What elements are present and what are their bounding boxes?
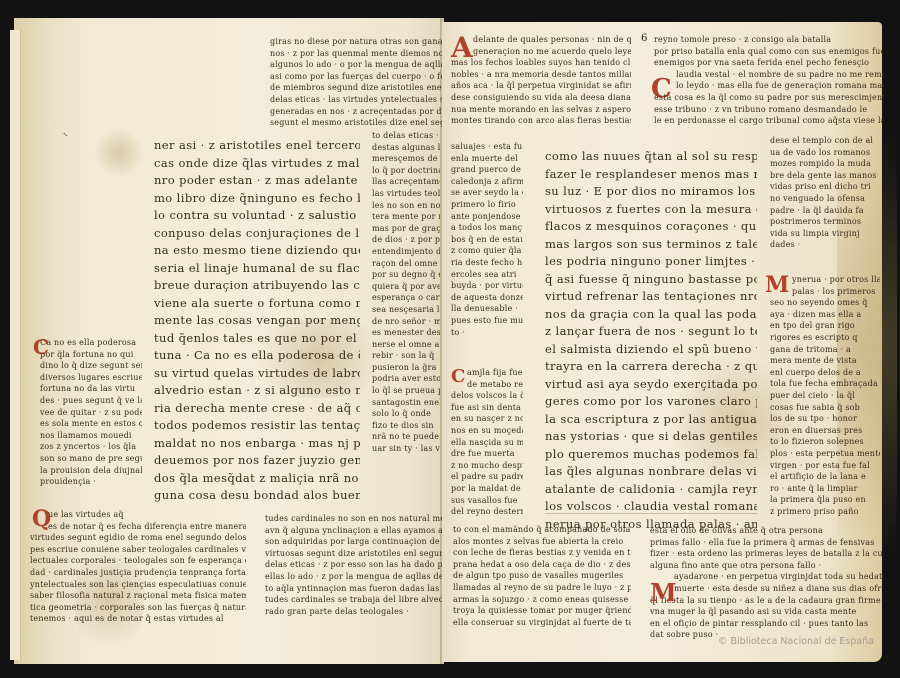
text-line: de metabo rey: [451, 379, 523, 391]
text-line: to delas eticas · z p: [372, 130, 440, 142]
text-line: bos q̃ en de estaua: [451, 234, 523, 246]
text-line: las virtudes teolo: [372, 188, 440, 200]
right-bottom-left-column: to con el mamãndo q̃ acompañado de sola …: [453, 524, 631, 628]
text-line: des · pues segunt q̃ ve las: [40, 395, 142, 407]
text-line: uar sin ty · las v: [372, 443, 440, 455]
text-line: pes escriue conuiene saber teologales ca…: [30, 544, 246, 556]
text-line: maldat no nos enbarga · mas nj por esso …: [154, 435, 360, 453]
text-line: algunos lo ado · o por la mengua de aqll…: [270, 59, 442, 71]
text-line: flacos z mesquinos coraçones · que muy: [545, 218, 757, 236]
text-line: le en perdonasse el cargo tribunal como …: [654, 115, 884, 127]
left-main-column: ner asi · z aristotiles enel tercero del…: [154, 137, 360, 505]
left-page-edge: [10, 30, 21, 660]
text-line: alvedrio estan · z si alguno esto negass…: [154, 382, 360, 400]
text-line: alguna fino ante que otra persona fallo …: [650, 560, 882, 572]
text-line: ellas lo ado · z por la mengua de aqllas…: [265, 571, 442, 583]
text-line: sea nesçesaria la g: [372, 304, 440, 316]
text-line: nerse el omne ala: [372, 339, 440, 351]
right-minerva-column: ynerua · por otros llam palas · los prim…: [770, 274, 880, 517]
text-line: por la maldat de: [451, 483, 523, 495]
text-line: ayadarone · en perpetua virginjdat toda …: [650, 571, 882, 583]
text-line: z como quier q̃la glo: [451, 245, 523, 257]
text-line: enla muerte del: [451, 153, 523, 165]
text-line: nrã no te puede: [372, 431, 440, 443]
text-line: seria el linaje humanal de su flaca heda…: [154, 260, 360, 278]
text-line: mas los fechos loables suyos han tenido …: [451, 57, 631, 69]
text-line: con leche de fieras bestias z y venida e…: [453, 547, 631, 559]
text-line: tud q̃enlos tales es que no por el poder…: [154, 330, 360, 348]
text-line: na esto mesmo tiene diziendo que sin raz…: [154, 242, 360, 260]
text-line: reyno tomole preso · z consigo ala batal…: [654, 34, 884, 46]
text-line: en el ofiçio de pintar ressplando cil · …: [650, 618, 882, 630]
text-line: alos montes z selvas fue abierta la crei…: [453, 536, 631, 548]
text-line: seo no seyendo omes q̃: [770, 297, 880, 309]
text-line: nua mente morando en las selvas z aspero…: [451, 104, 631, 116]
text-line: nos da graçia con la qual las podamos ve…: [545, 306, 757, 324]
text-line: esse tribuno · z vn tribuno romano desma…: [654, 104, 884, 116]
text-line: generaçion no me acuerdo quelo leyese: [451, 46, 631, 58]
text-line: prouidençia ·: [40, 476, 142, 488]
left-bottom-right-column: tudes cardinales no son en nos natural m…: [265, 513, 442, 617]
text-line: ercoles sea atri: [451, 269, 523, 281]
left-bottom-left-column: ue las virtudes aq̃ es de notar q̃ es fe…: [30, 509, 246, 625]
text-line: diversos lugares escriue ·: [40, 372, 142, 384]
text-line: fizer · esta ordeno las primeras leyes d…: [650, 548, 882, 560]
text-line: q̃ asi fuesse q̃ ninguno bastasse por so…: [545, 271, 757, 289]
text-line: to aq̃la yntinnaçion mas fueron dadas la…: [265, 583, 442, 595]
text-line: de miembros segund dize aristotiles enel…: [270, 82, 442, 94]
text-line: deuemos por nos fazer juyzio general de …: [154, 452, 360, 470]
text-line: ella nasçida su ma: [451, 437, 523, 449]
text-line: Ca no es ella poderosa: [40, 337, 142, 349]
text-line: z lançar fuera de nos · segunt lo testig…: [545, 323, 757, 341]
text-line: nro poder estan · z mas adelante eneste …: [154, 172, 360, 190]
text-line: gana de tritoma · a: [770, 344, 880, 356]
text-line: puer del cielo · la q̃l: [770, 390, 880, 402]
text-line: virtudes segunt egidio de roma enel segu…: [30, 532, 246, 544]
text-line: rebir · son la q̃: [372, 350, 440, 362]
text-line: virtuosos z fuertes con la mesura de nro…: [545, 201, 757, 219]
text-line: las q̃les algunas nonbrare delas virgine…: [545, 463, 757, 481]
text-line: fazer le resplandeser menos mas no le q̃…: [545, 166, 757, 184]
text-line: por su degno q̃ en: [372, 269, 440, 281]
text-line: troya la quisiesse tomar por muger q̃rie…: [453, 605, 631, 617]
text-line: llas acreçentamos: [372, 176, 440, 188]
text-line: breue duraçion atribuyendo las cosas que: [154, 277, 360, 295]
text-line: cosas fue sabia q̃ sob: [770, 402, 880, 414]
text-line: la sca escriptura z por las antiguas z m…: [545, 411, 757, 429]
right-left-narrow-column: saluajes · esta fue enla muerte del gran…: [451, 141, 523, 338]
text-line: no venguado la ofensa: [770, 193, 880, 205]
text-line: nos en su moçedat q̃e: [451, 425, 523, 437]
text-line: son so mano de pre segus: [40, 453, 142, 465]
text-line: es menester desp: [372, 327, 440, 339]
text-line: delante de quales personas · nin de que: [451, 34, 631, 46]
text-line: tica geometria · corporales son las fuer…: [30, 602, 246, 614]
text-line: cas onde dize q̃las virtudes z maliçias …: [154, 155, 360, 173]
text-line: viene ala suerte o fortuna como mas prop…: [154, 295, 360, 313]
left-narrow-column: to delas eticas · z p destas algunas le …: [372, 130, 440, 455]
text-line: su virtud quelas virtudes de labro del l…: [154, 365, 360, 383]
text-line: virgen · por esta fue fal: [770, 460, 880, 472]
text-line: dino lo q̃ dize segunt seneca en: [40, 360, 142, 372]
right-center-column: como las nuues q̃tan al sol su resplando…: [545, 148, 757, 533]
text-line: ue las virtudes aq̃: [30, 509, 246, 521]
text-line: el padre su padre: [451, 471, 523, 483]
text-line: esta cosa es la q̃l como su padre por su…: [654, 92, 884, 104]
text-line: lla denuesable ·: [451, 303, 523, 315]
text-line: ynerua · por otros llam: [770, 274, 880, 286]
text-line: de dios · z por pre: [372, 234, 440, 246]
text-line: todos podemos resistir las tentaçiones s…: [154, 417, 360, 435]
right-bottom-right-column: esta el olio de olivas ante q̃ otra pers…: [650, 525, 882, 641]
right-top-left-column: delante de quales personas · nin de que …: [451, 34, 631, 127]
ruling-line: [545, 513, 757, 514]
text-line: esta el olio de olivas ante q̃ otra pers…: [650, 525, 882, 537]
text-line: santagostin enel: [372, 397, 440, 409]
water-stain: [94, 128, 144, 178]
text-line: vidas priso enl dicho tri: [770, 181, 880, 193]
text-line: mas por de graç: [372, 223, 440, 235]
text-line: to con el mamãndo q̃ acompañado de sola …: [453, 524, 631, 536]
left-top-right-column: giras no diese por natura otras son gana…: [270, 36, 442, 129]
text-line: trayra en la carrera derecha · z que aqu…: [545, 358, 757, 376]
text-line: destas algunas le: [372, 142, 440, 154]
text-line: los de su tpo · honor: [770, 413, 880, 425]
text-line: fortuna no da las virtu: [40, 383, 142, 395]
text-line: fue asi sin denta: [451, 402, 523, 414]
text-line: eron en diuersas pres: [770, 425, 880, 437]
text-line: yntelectuales son las çiençias especulat…: [30, 579, 246, 591]
text-line: geres como por los varones claro paresçe…: [545, 393, 757, 411]
text-line: generadas en nos · z acreçentadas por do…: [270, 106, 442, 118]
text-line: nas ystorias · que si delas gentiles en …: [545, 428, 757, 446]
text-line: delos volscos la q̃l: [451, 390, 523, 402]
text-line: virtuosas segunt dize aristotiles enl se…: [265, 548, 442, 560]
text-line: del reyno desterrado: [451, 506, 523, 518]
text-line: quiera q̃ por aver f: [372, 281, 440, 293]
text-line: su luz · E por dios no miramos los animo…: [545, 183, 757, 201]
text-line: plos · esta perpetua mente: [770, 448, 880, 460]
text-line: es sola mente en estos que: [40, 418, 142, 430]
text-line: primero lo firio: [451, 199, 523, 211]
text-line: solo lo q̃ onde: [372, 408, 440, 420]
text-line: la prouision dela diujnal: [40, 465, 142, 477]
text-line: son adquiridas por larga continuaçion de…: [265, 536, 442, 548]
text-line: de nro señor · m: [372, 316, 440, 328]
text-line: dese el templo con de al: [770, 135, 880, 147]
text-line: ria derecha mente crese · de aq̃ concluy…: [154, 400, 360, 418]
text-line: postrimeros terminos: [770, 216, 880, 228]
copyright-watermark: © Biblioteca Nacional de España: [718, 636, 874, 647]
text-line: guna cosa desu bondad alos buenos tan po…: [154, 487, 360, 505]
text-line: palas · los primeros: [770, 286, 880, 298]
text-line: raçon del omne: [372, 258, 440, 270]
text-line: atalante de calidonia · camjla reyna de: [545, 481, 757, 499]
text-line: ua de vado los romanos: [770, 147, 880, 159]
text-line: z primero priso paño: [770, 506, 880, 518]
text-line: lo contra su voluntad · z salustio enl l…: [154, 207, 360, 225]
text-line: buyda · por virtud: [451, 280, 523, 292]
text-line: bre dela gente las manos: [770, 170, 880, 182]
text-line: to ·: [451, 327, 523, 339]
text-line: tuna · Ca no es ella poderosa de q̃tar n…: [154, 347, 360, 365]
text-line: avn q̃ alguna ynclinaçion a ellas ayamos…: [265, 525, 442, 537]
text-line: nos · z por las quenmal mente diemos no …: [270, 48, 442, 60]
text-line: llamadas al reyno de su padre le luyo · …: [453, 582, 631, 594]
text-line: delas eticas · z por esso son las ha dad…: [265, 559, 442, 571]
right-top-right-column: reyno tomole preso · z consigo ala batal…: [654, 34, 884, 127]
text-line: muerte · esta desde su niñez a diana sus…: [650, 583, 882, 595]
text-line: por q̃la fortuna no qui: [40, 349, 142, 361]
text-line: lo leydo · mas ella fue de generaçion ro…: [654, 80, 884, 92]
text-line: tera mente por nat: [372, 211, 440, 223]
text-line: a todos los manç: [451, 222, 523, 234]
text-line: el artifiçio de la lana e: [770, 471, 880, 483]
text-line: delas eticas · las virtudes yntelectuale…: [270, 94, 442, 106]
rubric-initial-m: M: [650, 578, 677, 607]
text-line: ria deste fecho ha: [451, 257, 523, 269]
text-line: es de notar q̃ es fecha diferençia entre…: [30, 521, 246, 533]
text-line: dos q̃la mesq̃dat z maliçia nrã no quita…: [154, 470, 360, 488]
text-line: rado gran parte delas teologales ·: [265, 606, 442, 618]
text-line: ner asi · z aristotiles enel tercero del…: [154, 137, 360, 155]
text-line: el salmista diziendo el spũ bueno tuyo m…: [545, 341, 757, 359]
text-line: z no mucho despues: [451, 460, 523, 472]
text-line: virtud asi aya seydo exerçitada por las …: [545, 376, 757, 394]
text-line: tudes cardinales se trabaja del libre al…: [265, 594, 442, 606]
text-line: enl cuerpo delos de a: [770, 367, 880, 379]
text-line: entendimjento d: [372, 246, 440, 258]
text-line: les no son en nos: [372, 200, 440, 212]
text-line: aya · dizen mas ella a: [770, 309, 880, 321]
text-line: mo libro dize q̃ninguno es fecho bueno o…: [154, 190, 360, 208]
text-line: plo queremos muchas podemos fallar de: [545, 446, 757, 464]
text-line: conpuso delas conjuraçiones de lugo cate…: [154, 225, 360, 243]
text-line: ro · ante q̃ la limpiar: [770, 483, 880, 495]
text-line: meresçemos de pr: [372, 153, 440, 165]
text-line: fizo te dios sin: [372, 420, 440, 432]
text-line: tudes cardinales no son en nos natural m…: [265, 513, 442, 525]
text-line: ante ponjendose: [451, 211, 523, 223]
text-line: asi como por las fuerças del cuerpo · o …: [270, 71, 442, 83]
text-line: mera mente de vista: [770, 355, 880, 367]
text-line: prana hedat a oso dela caça de dio · z d…: [453, 559, 631, 571]
left-margin-column: Ca no es ella poderosa por q̃la fortuna …: [30, 337, 142, 488]
text-line: sus vasallos fue: [451, 495, 523, 507]
text-line: ella conseruar su virginjdat al fuerte d…: [453, 617, 631, 629]
text-line: primas fallo · ella fue la primera q̃ ar…: [650, 537, 882, 549]
text-line: lectuales corporales · teologales son fe…: [30, 555, 246, 567]
text-line: se aver seydo la q̃: [451, 187, 523, 199]
text-line: zos z yncertos · los q̃la: [40, 441, 142, 453]
text-line: grand puerco de: [451, 164, 523, 176]
text-line: pusieron la g̃ra: [372, 362, 440, 374]
text-line: años aca · la q̃l perpetua virginidat se…: [451, 80, 631, 92]
text-line: esperança o carida: [372, 292, 440, 304]
text-line: dese consiguiendo su vida ala deesa dian…: [451, 92, 631, 104]
text-line: dades ·: [770, 239, 880, 251]
text-line: enemigos por vna saeta ferida enel pecho…: [654, 57, 884, 69]
text-line: virtud refrenar las tentaçiones nro seño…: [545, 288, 757, 306]
text-line: tola fue fecha embraçada: [770, 378, 880, 390]
text-line: to lo fizieron solepnes: [770, 436, 880, 448]
text-line: lo q̃ por doctrina en: [372, 165, 440, 177]
text-line: de algun tpo puso de vasalles mugeriles: [453, 570, 631, 582]
text-line: rigores es escripto q: [770, 332, 880, 344]
text-line: nos llamamos mouedi: [40, 430, 142, 442]
text-line: vida su limpia virginj: [770, 228, 880, 240]
text-line: amjla fija fue: [451, 367, 523, 379]
text-line: en su nasçer z no ne: [451, 413, 523, 425]
text-line: caledonja z afirm: [451, 176, 523, 188]
text-line: nobles · a nra memoria desde tantos mill…: [451, 69, 631, 81]
text-line: armas la sojuzgo · z como eneas quisesse…: [453, 594, 631, 606]
text-line: podria aver esto: [372, 373, 440, 385]
text-line: mozes rompido la muda: [770, 158, 880, 170]
text-line: en tpo del gran rigo: [770, 320, 880, 332]
text-line: mas largos son sus terminos z tales q̃ n…: [545, 236, 757, 254]
text-line: tenemos · aqui es de notar q̃ estas virt…: [30, 613, 246, 625]
text-line: vee de quitar · z su poder: [40, 407, 142, 419]
text-line: segunt el mesmo aristotiles dize enel se…: [270, 117, 442, 129]
text-line: de aquesta donze: [451, 292, 523, 304]
text-line: mente las cosas vengan por mengua de vir: [154, 312, 360, 330]
text-line: giras no diese por natura otras son gana…: [270, 36, 442, 48]
text-line: lo q̃l se prueua p: [372, 385, 440, 397]
text-line: dre fue muerta: [451, 448, 523, 460]
text-line: pues esto fue muer: [451, 315, 523, 327]
text-line: montes tirando con arco alas fieras best…: [451, 115, 631, 127]
text-line: les podria ninguno poner limjtes · z pue…: [545, 253, 757, 271]
right-camilla-column: amjla fija fue de metabo rey delos volsc…: [451, 367, 523, 518]
text-line: saluajes · esta fue: [451, 141, 523, 153]
right-edge-column: dese el templo con de al ua de vado los …: [770, 135, 880, 251]
text-line: como las nuues q̃tan al sol su resplando…: [545, 148, 757, 166]
text-line: saber filosofia natural z raçional meta …: [30, 590, 246, 602]
text-line: la primera q̃la puso en: [770, 494, 880, 506]
text-line: q̃l fiesta la su tienpo · as le a de la …: [650, 595, 882, 607]
folio-number: 6: [641, 33, 647, 44]
text-line: por priso batalla enla qual como con sus…: [654, 46, 884, 58]
text-line: vna muger la q̃l pasando asi su vida cas…: [650, 606, 882, 618]
text-line: dad · cardinales justiçia prudençia tenp…: [30, 567, 246, 579]
text-line: padre · la q̃l dauida fa: [770, 205, 880, 217]
text-line: laudia vestal · el nombre de su padre no…: [654, 69, 884, 81]
